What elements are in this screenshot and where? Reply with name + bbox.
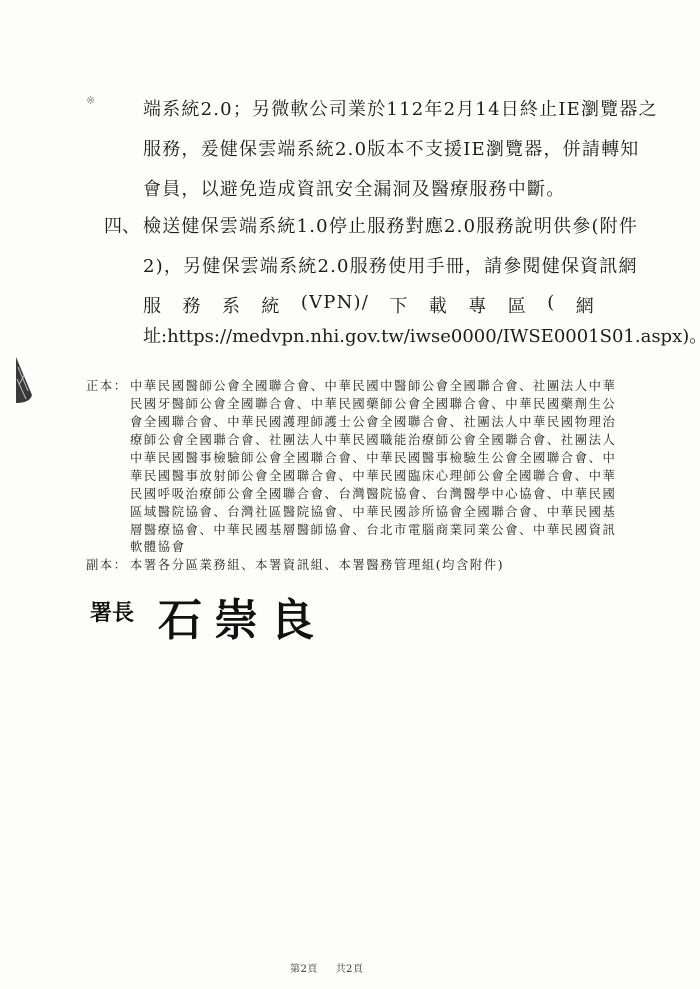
word: 專 <box>468 292 487 318</box>
word: (VPN)/ <box>301 292 369 318</box>
paragraph-3-line-3: 會員，以避免造成資訊安全漏洞及醫療服務中斷。 <box>143 175 565 201</box>
recipients-line: 中華民國醫師公會全國聯合會、中華民國中醫師公會全國聯合會、社團法人中華 <box>130 376 616 394</box>
page-footer: 第2頁 共2頁 <box>290 960 377 975</box>
recipients-line: 區域醫院協會、台灣社區醫院協會、中華民國診所協會全國聯合會、中華民國基 <box>130 502 616 520</box>
word: 統 <box>261 292 280 318</box>
recipients-line: 中華民國醫事檢驗師公會全國聯合會、中華民國醫事檢驗生公會全國聯合會、中 <box>130 448 616 466</box>
signature-title: 署長 <box>90 596 134 627</box>
recipients-line: 軟體協會 <box>130 537 186 555</box>
recipients-line: 民國呼吸治療師公會全國聯合會、台灣醫院協會、台灣醫學中心協會、中華民國 <box>130 484 616 502</box>
paragraph-3-line-2: 服務，爰健保雲端系統2.0版本不支援IE瀏覽器，併請轉知 <box>143 135 639 161</box>
paragraph-4-number: 四、 <box>104 212 140 238</box>
recipients-line: 層醫療協會、中華民國基層醫師協會、台北市電腦商業同業公會、中華民國資訊 <box>130 520 616 538</box>
recipients-line: 會全國聯合會、中華民國護理師護士公會全國聯合會、社團法人中華民國物理治 <box>130 412 616 430</box>
paragraph-4-line-2: 2)，另健保雲端系統2.0服務使用手冊，請參閱健保資訊網 <box>143 252 638 278</box>
recipients-line: 民國牙醫師公會全國聯合會、中華民國藥師公會全國聯合會、中華民國藥劑生公 <box>130 394 616 412</box>
word: 服 <box>143 292 162 318</box>
recipients-line: 華民國醫事放射師公會全國聯合會、中華民國臨床心理師公會全國聯合會、中華 <box>130 466 616 484</box>
cc-text: 本署各分區業務組、本署資訊組、本署醫務管理組(均含附件) <box>130 555 504 573</box>
word: 網 <box>576 292 595 318</box>
document-page: ※ 端系統2.0；另微軟公司業於112年2月14日終止IE瀏覽器之 服務，爰健保… <box>0 0 700 989</box>
cc-label: 副本： <box>86 555 128 573</box>
word: 系 <box>222 292 241 318</box>
page-number: 第2頁 <box>290 964 318 975</box>
recipients-label: 正本： <box>86 376 128 394</box>
signature-name: 石崇良 <box>158 584 326 648</box>
perforation-seal-icon <box>14 355 34 405</box>
paragraph-4-line-1: 檢送健保雲端系統1.0停止服務對應2.0服務說明供參(附件 <box>143 212 638 238</box>
paragraph-4-line-3: 服 務 系 統 (VPN)/ 下 載 專 區 ( 網 <box>143 292 595 318</box>
word: 務 <box>182 292 201 318</box>
recipients-line: 療師公會全國聯合會、社團法人中華民國職能治療師公會全國聯合會、社團法人 <box>130 430 616 448</box>
paragraph-3-line-1: 端系統2.0；另微軟公司業於112年2月14日終止IE瀏覽器之 <box>143 95 658 121</box>
page-total: 共2頁 <box>336 964 364 975</box>
word: 載 <box>429 292 448 318</box>
word: 下 <box>389 292 408 318</box>
margin-mark: ※ <box>86 94 95 107</box>
paragraph-4-url-line: 址:https://medvpn.nhi.gov.tw/iwse0000/IWS… <box>143 322 700 348</box>
word: 區 <box>508 292 527 318</box>
word: ( <box>547 292 555 318</box>
